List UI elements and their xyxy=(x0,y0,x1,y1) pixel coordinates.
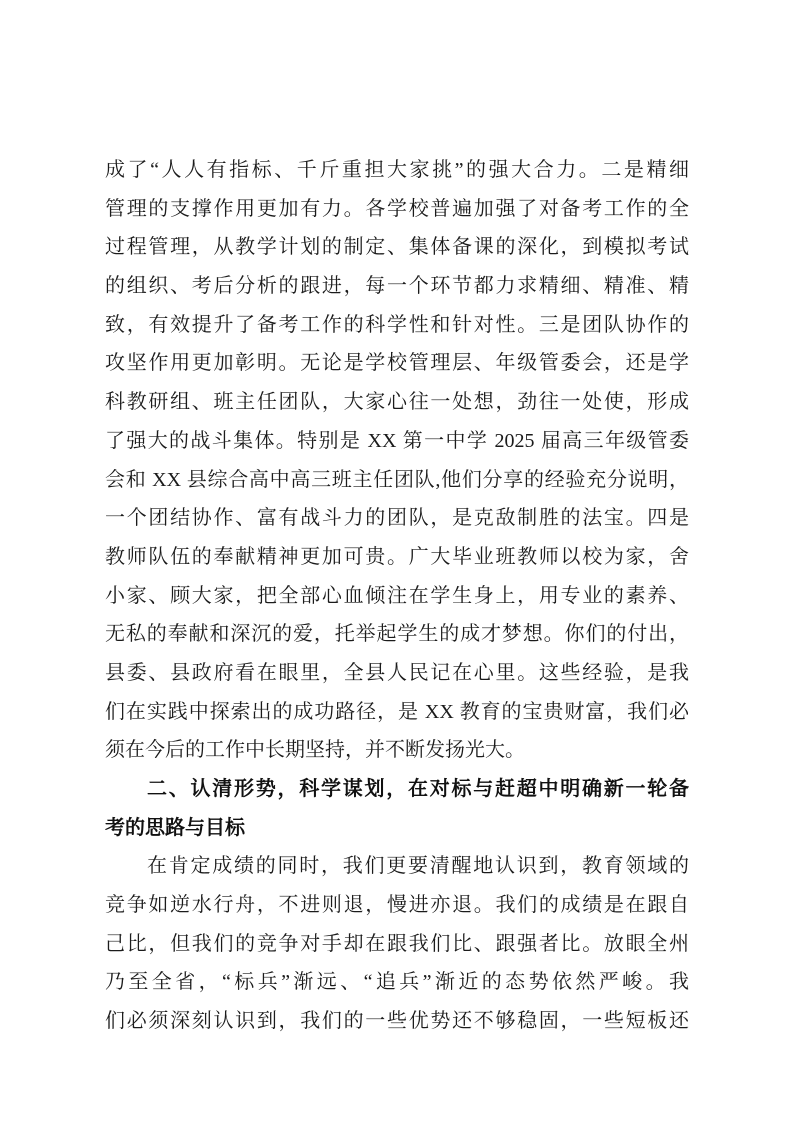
heading-line: 二、认清形势，科学谋划，在对标与赶超中明确新一轮备 xyxy=(105,770,689,809)
text-line: 们在实践中探索出的成功路径，是 XX 教育的宝贵财富，我们必 xyxy=(105,693,689,732)
text-line: 了强大的战斗集体。特别是 XX 第一中学 2025 届高三年级管委 xyxy=(105,422,689,461)
text-line: 无私的奉献和深沉的爱，托举起学生的成才梦想。你们的付出， xyxy=(105,615,689,654)
section-heading: 二、认清形势，科学谋划，在对标与赶超中明确新一轮备 考的思路与目标 xyxy=(105,770,689,847)
text-line: 过程管理，从教学计划的制定、集体备课的深化，到模拟考试 xyxy=(105,228,689,267)
text-line: 须在今后的工作中长期坚持，并不断发扬光大。 xyxy=(105,731,689,770)
text-line: 的组织、考后分析的跟进，每一个环节都力求精细、精准、精 xyxy=(105,267,689,306)
text-line: 在肯定成绩的同时，我们更要清醒地认识到，教育领域的 xyxy=(105,847,689,886)
text-line: 竞争如逆水行舟，不进则退，慢进亦退。我们的成绩是在跟自 xyxy=(105,886,689,925)
text-line: 成了“人人有指标、千斤重担大家挑”的强大合力。二是精细 xyxy=(105,151,689,190)
text-line: 乃至全省，“标兵”渐远、“追兵”渐近的态势依然严峻。我 xyxy=(105,963,689,1002)
document-page: 成了“人人有指标、千斤重担大家挑”的强大合力。二是精细 管理的支撑作用更加有力。… xyxy=(0,0,793,1122)
text-line: 县委、县政府看在眼里，全县人民记在心里。这些经验，是我 xyxy=(105,654,689,693)
text-line: 己比，但我们的竞争对手却在跟我们比、跟强者比。放眼全州 xyxy=(105,925,689,964)
text-line: 会和 XX 县综合高中高三班主任团队,他们分享的经验充分说明， xyxy=(105,461,689,500)
text-line: 小家、顾大家，把全部心血倾注在学生身上，用专业的素养、 xyxy=(105,577,689,616)
text-line: 攻坚作用更加彰明。无论是学校管理层、年级管委会，还是学 xyxy=(105,344,689,383)
text-line: 科教研组、班主任团队，大家心往一处想，劲往一处使，形成 xyxy=(105,383,689,422)
continued-paragraph: 成了“人人有指标、千斤重担大家挑”的强大合力。二是精细 管理的支撑作用更加有力。… xyxy=(105,151,689,770)
text-line: 一个团结协作、富有战斗力的团队，是克敌制胜的法宝。四是 xyxy=(105,499,689,538)
text-line: 教师队伍的奉献精神更加可贵。广大毕业班教师以校为家，舍 xyxy=(105,538,689,577)
text-line: 们必须深刻认识到，我们的一些优势还不够稳固，一些短板还 xyxy=(105,1002,689,1041)
document-text-block: 成了“人人有指标、千斤重担大家挑”的强大合力。二是精细 管理的支撑作用更加有力。… xyxy=(105,151,689,1041)
body-paragraph: 在肯定成绩的同时，我们更要清醒地认识到，教育领域的 竞争如逆水行舟，不进则退，慢… xyxy=(105,847,689,1040)
text-line: 管理的支撑作用更加有力。各学校普遍加强了对备考工作的全 xyxy=(105,190,689,229)
text-line: 致，有效提升了备考工作的科学性和针对性。三是团队协作的 xyxy=(105,306,689,345)
heading-line: 考的思路与目标 xyxy=(105,809,689,848)
